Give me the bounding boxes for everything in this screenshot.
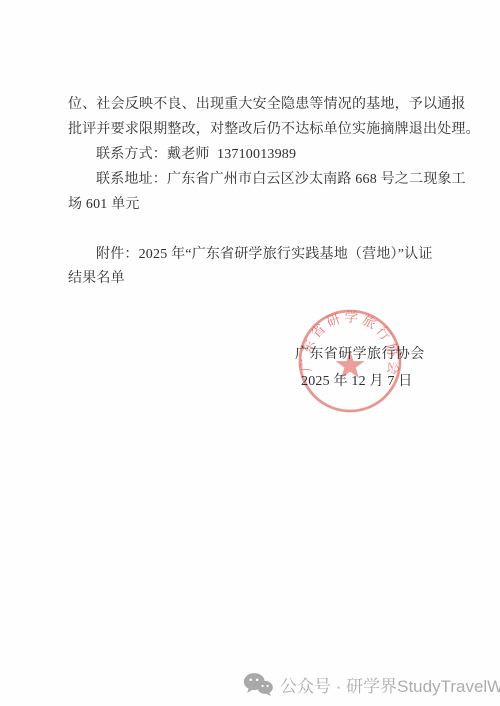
contact-address-line-2: 场 601 单元 xyxy=(68,193,478,218)
contact-address-line-1: 联系地址：广东省广州市白云区沙太南路 668 号之二现象工 xyxy=(68,168,478,193)
footer-watermark: 公众号 · 研学界StudyTravelWorld xyxy=(243,671,500,697)
seal-arc-text: 广东省研学旅行协会 xyxy=(299,310,403,379)
document-page: 位、社会反映不良、出现重大安全隐患等情况的基地，予以通报 批评并要求限期整改，对… xyxy=(0,0,500,706)
body-line-1: 位、社会反映不良、出现重大安全隐患等情况的基地，予以通报 xyxy=(68,93,478,118)
wechat-icon xyxy=(243,672,273,697)
document-body: 位、社会反映不良、出现重大安全隐患等情况的基地，予以通报 批评并要求限期整改，对… xyxy=(68,93,478,292)
attachment-line-2: 结果名单 xyxy=(68,267,478,292)
footer-watermark-text: 公众号 · 研学界StudyTravelWorld xyxy=(280,672,500,697)
attachment-line-1: 附件：2025 年“广东省研学旅行实践基地（营地）”认证 xyxy=(68,243,478,268)
signature-organization: 广东省研学旅行协会 xyxy=(295,347,425,362)
body-line-2: 批评并要求限期整改，对整改后仍不达标单位实施摘牌退出处理。 xyxy=(68,118,478,143)
signature-date: 2025 年 12 月 7 日 xyxy=(301,374,413,389)
paragraph-spacer xyxy=(68,218,478,243)
contact-phone-line: 联系方式：戴老师 13710013989 xyxy=(68,143,478,168)
